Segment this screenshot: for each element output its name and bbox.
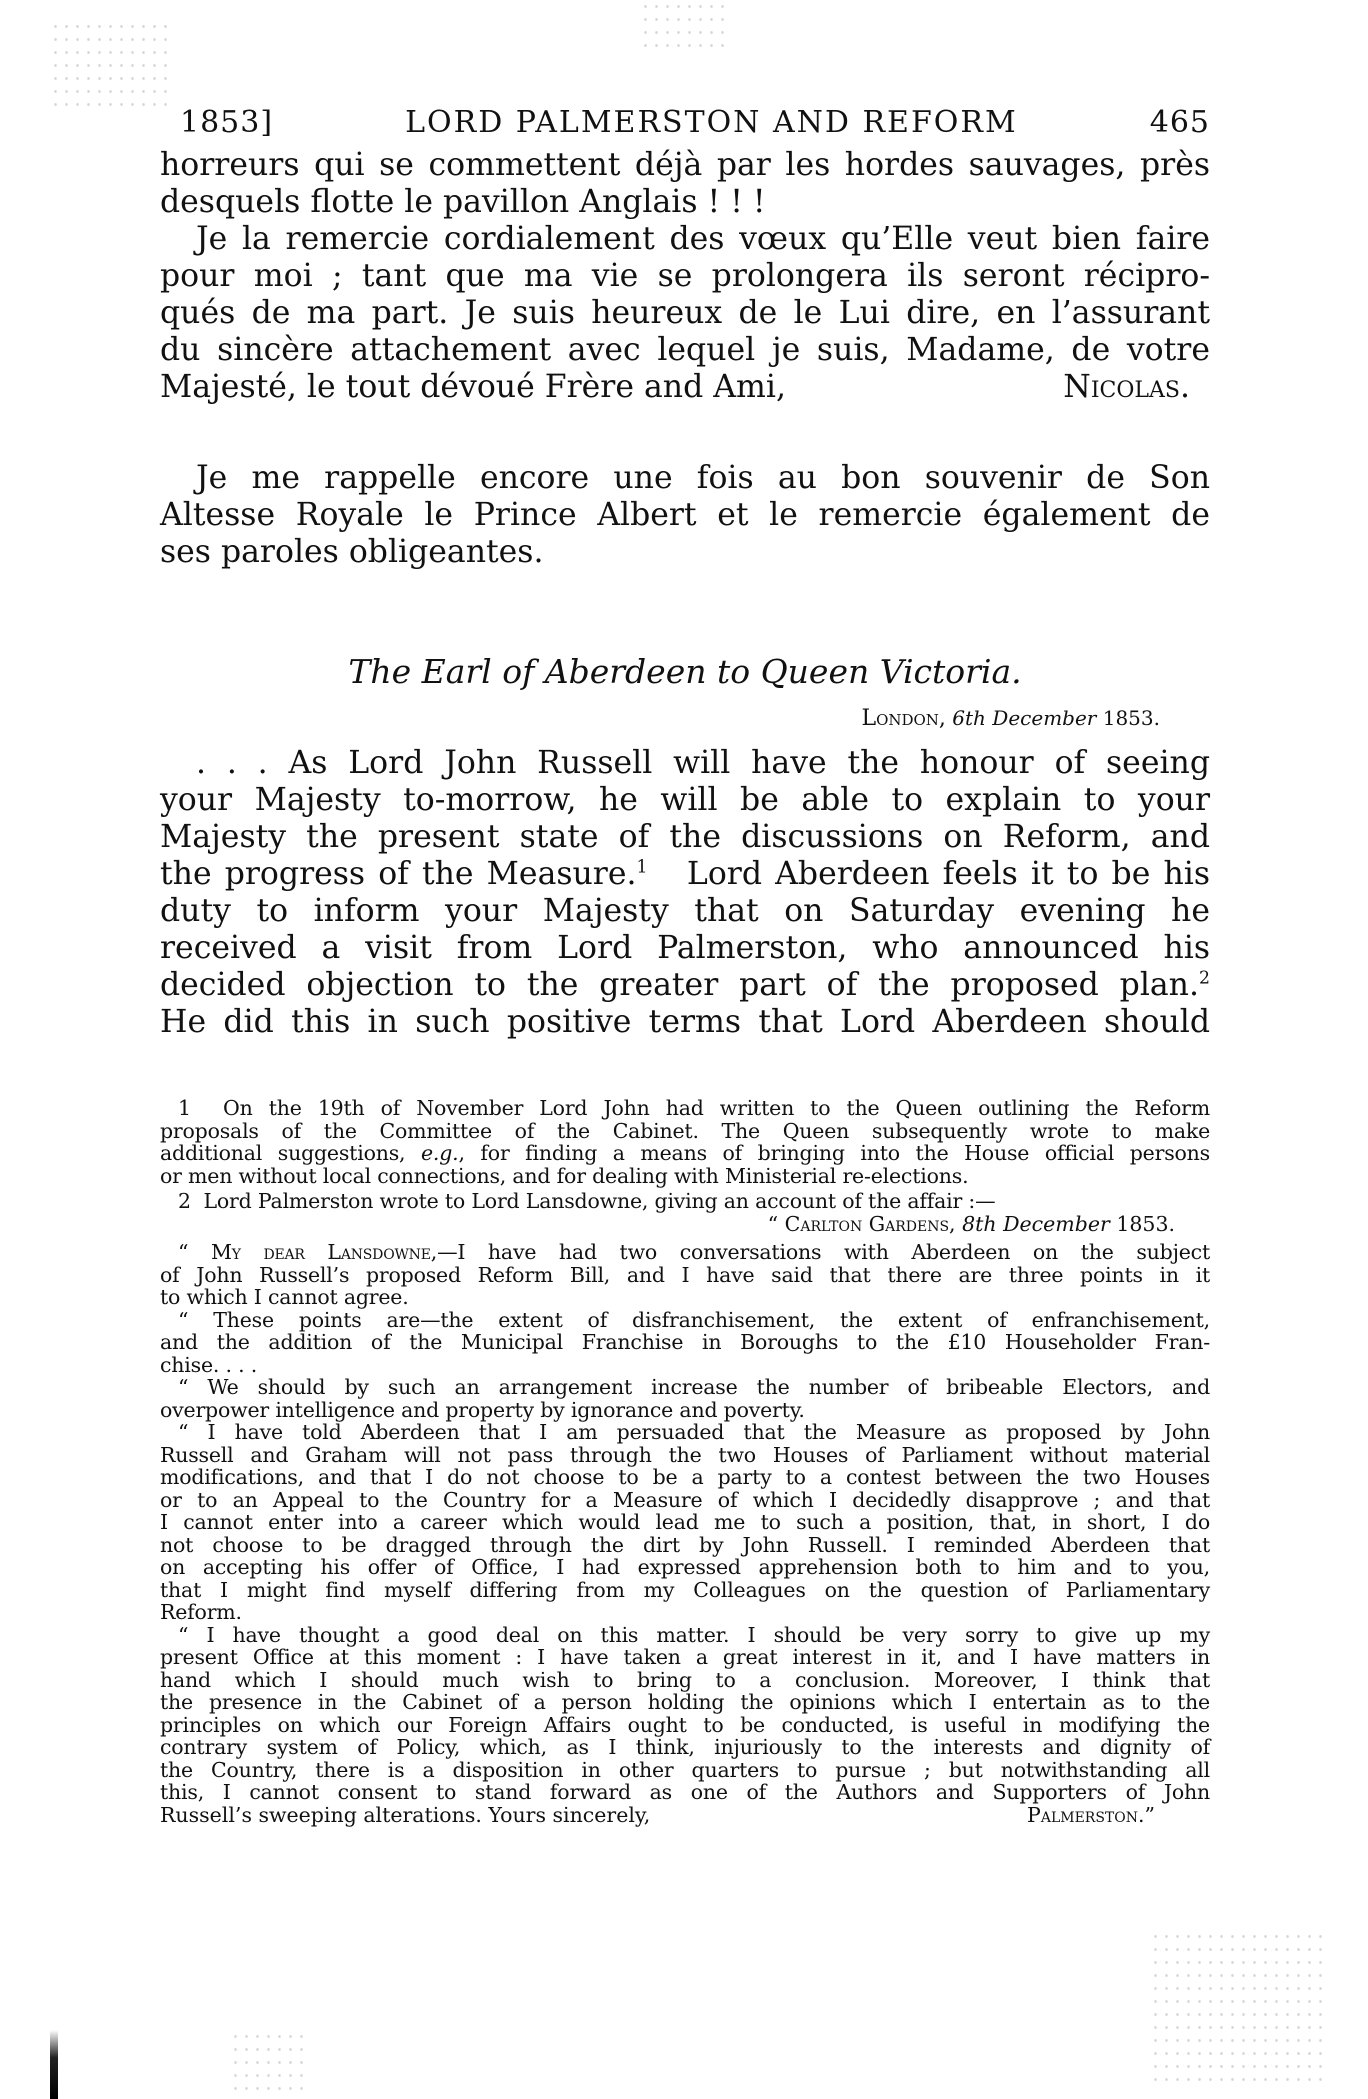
text-fragment: additional suggestions,: [160, 1141, 405, 1165]
text-line: principles on which our Foreign Affairs …: [160, 1714, 1210, 1737]
text-line: on accepting his offer of Office, I had …: [160, 1556, 1210, 1579]
text-line: proposals of the Committee of the Cabine…: [160, 1120, 1210, 1143]
text-line: modifications, and that I do not choose …: [160, 1466, 1210, 1489]
text-line: Altesse Royale le Prince Albert et le re…: [160, 497, 1210, 534]
text-line: 1 On the 19th of November Lord John had …: [160, 1097, 1210, 1120]
signature: Palmerston.”: [1027, 1804, 1210, 1827]
text-line: duty to inform your Majesty that on Satu…: [160, 893, 1210, 930]
fn-dateline: “ Carlton Gardens, 8th December 1853.: [160, 1213, 1210, 1236]
book-page: 1853] LORD PALMERSTON AND REFORM 465 hor…: [0, 0, 1368, 2099]
scan-noise: [230, 2030, 310, 2090]
text-line: 2 Lord Palmerston wrote to Lord Lansdown…: [160, 1190, 1210, 1213]
letter-heading: The Earl of Aberdeen to Queen Victoria.: [160, 652, 1210, 691]
text-line: Reform.: [160, 1601, 1210, 1624]
text-line: hand which I should much wish to bring t…: [160, 1669, 1210, 1692]
text-line: “ We should by such an arrangement incre…: [160, 1376, 1210, 1399]
text-line: chise. . . .: [160, 1354, 1210, 1377]
text-line: to which I cannot agree.: [160, 1286, 1210, 1309]
dateline: London, 6th December 1853.: [160, 706, 1210, 731]
text-line: additional suggestions, e.g., for findin…: [160, 1142, 1210, 1165]
text-line: this, I cannot consent to stand forward …: [160, 1781, 1210, 1804]
running-head-title: LORD PALMERSTON AND REFORM: [405, 105, 1018, 140]
scan-noise: [640, 0, 730, 50]
text-line: the presence in the Cabinet of a person …: [160, 1691, 1210, 1714]
footnote-1: 1 On the 19th of November Lord John had …: [160, 1097, 1210, 1187]
text-line: desquels flotte le pavillon Anglais ! ! …: [160, 184, 1210, 221]
text-line: and the addition of the Municipal Franch…: [160, 1331, 1210, 1354]
text-line: overpower intelligence and property by i…: [160, 1399, 1210, 1422]
text-line: of John Russell’s proposed Reform Bill, …: [160, 1264, 1210, 1287]
text-line: or to an Appeal to the Country for a Mea…: [160, 1489, 1210, 1512]
text-line: horreurs qui se commettent déjà par les …: [160, 147, 1210, 184]
fn-dateline-date: 8th December: [962, 1212, 1110, 1236]
dateline-place: London,: [861, 706, 945, 731]
text-line: present Office at this moment : I have t…: [160, 1646, 1210, 1669]
closing-row: Russell’s sweeping alterations. Yours si…: [160, 1804, 1210, 1827]
scan-noise: [1150, 1930, 1330, 2090]
nicolas-letter: horreurs qui se commettent déjà par les …: [160, 147, 1210, 406]
closing-row: Majesté, le tout dévoué Frère and Ami, N…: [160, 369, 1210, 406]
text-line: du sincère attachement avec lequel je su…: [160, 332, 1210, 369]
signature: Nicolas.: [1063, 369, 1210, 406]
nicolas-postscript: Je me rappelle encore une fois au bon so…: [160, 460, 1210, 571]
text-line: qués de ma part. Je suis heureux de le L…: [160, 295, 1210, 332]
text-fragment: , for finding a means of bringing into t…: [458, 1141, 1210, 1165]
text-fragment: Lord Aberdeen feels it to be his: [687, 856, 1210, 892]
aberdeen-letter: . . . As Lord John Russell will have the…: [160, 745, 1210, 1041]
running-head-year: 1853]: [180, 105, 273, 140]
page-number: 465: [1150, 105, 1210, 140]
text-line: contrary system of Policy, which, as I t…: [160, 1736, 1210, 1759]
footnote-marker: 2: [178, 1189, 191, 1213]
text-line: “ My dear Lansdowne,—I have had two conv…: [160, 1241, 1210, 1264]
footnote-2: 2 Lord Palmerston wrote to Lord Lansdown…: [160, 1190, 1210, 1826]
text-line: Je la remercie cordialement des vœux qu’…: [160, 221, 1210, 258]
text-fragment: —I have had two conversations with Aberd…: [437, 1240, 1210, 1264]
text-line: your Majesty to-morrow, he will be able …: [160, 782, 1210, 819]
closing-text: Russell’s sweeping alterations. Yours si…: [160, 1804, 650, 1827]
text-line: . . . As Lord John Russell will have the…: [160, 745, 1210, 782]
text-line: not choose to be dragged through the dir…: [160, 1534, 1210, 1557]
running-head: 1853] LORD PALMERSTON AND REFORM 465: [180, 105, 1210, 145]
text-fragment: e.g.: [421, 1141, 459, 1165]
salutation: “ My dear Lansdowne,: [178, 1240, 437, 1264]
scan-noise: [50, 20, 170, 110]
text-line: “ I have told Aberdeen that I am persuad…: [160, 1421, 1210, 1444]
text-line: ses paroles obligeantes.: [160, 534, 1210, 571]
text-fragment: decided objection to the greater part of…: [160, 967, 1199, 1003]
footnote-ref-1[interactable]: 1: [637, 858, 648, 878]
text-fragment: On the 19th of November Lord John had wr…: [223, 1096, 1210, 1120]
text-line: Majesty the present state of the discuss…: [160, 819, 1210, 856]
text-line: “ I have thought a good deal on this mat…: [160, 1624, 1210, 1647]
text-fragment: the progress of the Measure.: [160, 856, 637, 892]
text-line: He did this in such positive terms that …: [160, 1004, 1210, 1041]
fn-dateline-year: 1853.: [1116, 1212, 1175, 1236]
text-line: the Country, there is a disposition in o…: [160, 1759, 1210, 1782]
fn-dateline-place: “ Carlton Gardens,: [768, 1212, 956, 1236]
text-line: or men without local connections, and fo…: [160, 1165, 1210, 1188]
page-edge-mark: [50, 2030, 58, 2099]
text-line: Je me rappelle encore une fois au bon so…: [160, 460, 1210, 497]
dateline-date: 6th December: [952, 706, 1096, 730]
text-line: “ These points are—the extent of disfran…: [160, 1309, 1210, 1332]
text-line: pour moi ; tant que ma vie se prolongera…: [160, 258, 1210, 295]
text-line: I cannot enter into a career which would…: [160, 1511, 1210, 1534]
footnote-marker: 1: [178, 1096, 191, 1120]
text-line: the progress of the Measure.1 Lord Aberd…: [160, 856, 1210, 893]
dateline-year: 1853.: [1103, 706, 1160, 730]
text-fragment: Lord Palmerston wrote to Lord Lansdowne,…: [203, 1189, 995, 1213]
text-line: Russell and Graham will not pass through…: [160, 1444, 1210, 1467]
text-line: that I might find myself differing from …: [160, 1579, 1210, 1602]
text-line: received a visit from Lord Palmerston, w…: [160, 930, 1210, 967]
closing-text: Majesté, le tout dévoué Frère and Ami,: [160, 369, 786, 406]
footnote-ref-2[interactable]: 2: [1199, 969, 1210, 989]
text-line: decided objection to the greater part of…: [160, 967, 1210, 1004]
